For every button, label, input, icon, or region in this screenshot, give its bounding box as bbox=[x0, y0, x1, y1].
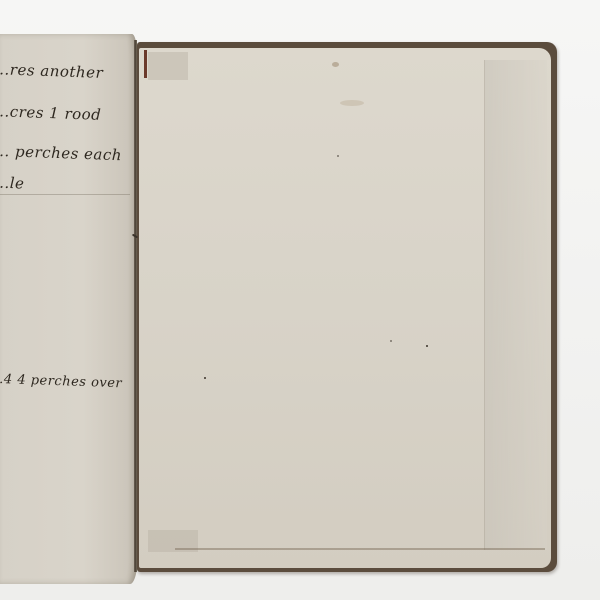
paper-speck bbox=[390, 340, 392, 342]
tab-mark bbox=[144, 50, 147, 78]
stain-spot bbox=[340, 100, 364, 106]
pastedown-edge bbox=[484, 60, 547, 550]
left-page-handwritten: ...res another ...cres 1 rood ... perche… bbox=[0, 34, 138, 584]
paper-speck bbox=[204, 377, 206, 379]
tide-line-stain bbox=[175, 548, 545, 550]
handwriting-line-5: ...4 4 perches over bbox=[0, 372, 122, 392]
handwriting-line-2: ...cres 1 rood bbox=[0, 102, 102, 124]
handwriting-line-4: ...le bbox=[0, 173, 25, 192]
stain-spot bbox=[332, 62, 339, 67]
handwriting-line-1: ...res another bbox=[0, 60, 103, 82]
page-ruling-line bbox=[0, 194, 130, 195]
paper-speck bbox=[337, 155, 339, 157]
paper-speck bbox=[426, 345, 428, 347]
handwriting-line-3: ... perches each bbox=[0, 142, 122, 164]
corner-patch-top-left bbox=[148, 52, 188, 80]
